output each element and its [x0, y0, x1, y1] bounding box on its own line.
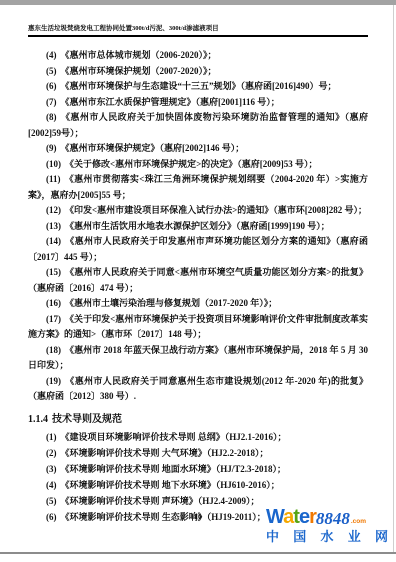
- list-item: (12)《印发<惠州市建设项目环保准入试行办法>的通知》（惠市环[2008]28…: [28, 203, 368, 219]
- watermark-dotcom: .com: [351, 519, 366, 528]
- list-item-text: 《惠州市环境保护与生态建设“十三五”规划》（惠府函[2016]490）号；: [61, 81, 337, 91]
- list-item-text: 《惠州市人民政府关于加快固体废物污染环境防治监督管理的通知》（惠府[2002]5…: [28, 112, 368, 138]
- page-right-edge: [393, 5, 394, 552]
- list-item-number: (18): [46, 345, 61, 355]
- list-item-text: 《惠州市人民政府关于印发惠州市声环境功能区划分方案的通知》（惠府函〔2017〕4…: [28, 236, 368, 262]
- watermark-number: 8848: [316, 510, 350, 527]
- list-item-number: (3): [46, 464, 57, 474]
- watermark-water-letters: Water: [266, 507, 316, 527]
- list-item-text: 《惠州市土壤污染治理与修复规划（2017-2020 年）》；: [65, 298, 277, 308]
- list-item: (6)《惠州市环境保护与生态建设“十三五”规划》（惠府函[2016]490）号；: [28, 79, 368, 95]
- list-item: (16)《惠州市土壤污染治理与修复规划（2017-2020 年）》；: [28, 296, 368, 312]
- watermark-letter: e: [299, 506, 309, 528]
- list-item: (1)《建设项目环境影响评价技术导则 总纲》（HJ2.1-2016）；: [28, 429, 368, 445]
- section-heading: 1.1.4技术导则及规范: [28, 412, 368, 427]
- list-item-text: 《环境影响评价技术导则 地下水环境》（HJ610-2016）；: [61, 480, 280, 490]
- list-item-text: 《惠州市环境保护规划（2007-2020）》；: [61, 66, 217, 76]
- list-item-number: (14): [46, 236, 61, 246]
- list-item-number: (17): [46, 314, 61, 324]
- list-item-text: 《惠州市生活饮用水地表水源保护区划分》（惠府函[1999]190 号）；: [65, 221, 330, 231]
- watermark-chinese-char: 国: [293, 530, 306, 543]
- list-item-text: 《惠州市 2018 年蓝天保卫战行动方案》（惠州市环境保护局，2018 年 5 …: [28, 345, 368, 371]
- list-item-text: 《关于修改<惠州市环境保护规定>的决定》（惠府[2009]53 号）；: [65, 159, 318, 169]
- list-item-number: (8): [46, 112, 57, 122]
- list-item-number: (12): [46, 205, 61, 215]
- watermark-letter: a: [283, 506, 293, 528]
- list-item-number: (7): [46, 97, 57, 107]
- list-item: (3)《环境影响评价技术导则 地面水环境》（HJ/T2.3-2018）；: [28, 461, 368, 477]
- watermark-letter: r: [309, 506, 316, 528]
- list-item-number: (16): [46, 298, 61, 308]
- list-item-number: (5): [46, 66, 57, 76]
- list-item-text: 《惠州市人民政府关于同意<惠州市环境空气质量功能区划分方案>的批复》（惠府函〔2…: [28, 267, 368, 293]
- list-item-number: (13): [46, 221, 61, 231]
- watermark-chinese-char: 网: [375, 530, 388, 543]
- list-item: (8)《惠州市人民政府关于加快固体废物污染环境防治监督管理的通知》（惠府[200…: [28, 110, 368, 141]
- list-item: (10)《关于修改<惠州市环境保护规定>的决定》（惠府[2009]53 号）；: [28, 157, 368, 173]
- list-item: (7)《惠州市东江水质保护管理规定》（惠府[2001]116 号）；: [28, 95, 368, 111]
- list-item-text: 《环境影响评价技术导则 声环境》（HJ2.4-2009）；: [61, 496, 260, 506]
- list-item-number: (6): [46, 81, 57, 91]
- section-number: 1.1.4: [28, 414, 48, 425]
- list-item: (14)《惠州市人民政府关于印发惠州市声环境功能区划分方案的通知》（惠府函〔20…: [28, 234, 368, 265]
- list-item-number: (10): [46, 159, 61, 169]
- list-item: (4)《环境影响评价技术导则 地下水环境》（HJ610-2016）；: [28, 477, 368, 493]
- document-body: (4)《惠州市总体城市规划（2006-2020）》；(5)《惠州市环境保护规划（…: [28, 37, 368, 525]
- list-item: (17)《关于印发<惠州市环境保护关于投资项目环境影响评价文件审批制度改革实施方…: [28, 312, 368, 343]
- list-item: (13)《惠州市生活饮用水地表水源保护区划分》（惠府函[1999]190 号）；: [28, 219, 368, 235]
- list-item-text: 《惠州市总体城市规划（2006-2020）》；: [61, 50, 217, 60]
- list-item-number: (19): [46, 376, 61, 386]
- list-item-text: 《关于印发<惠州市环境保护关于投资项目环境影响评价文件审批制度改革实施方案》的通…: [28, 314, 368, 340]
- list-item-text: 《惠州市东江水质保护管理规定》（惠府[2001]116 号）；: [61, 97, 280, 107]
- watermark-wordmark: Water8848.com: [266, 507, 388, 527]
- list-item-number: (11): [46, 174, 61, 184]
- list-item: (5)《惠州市环境保护规划（2007-2020）》；: [28, 64, 368, 80]
- list-item-number: (4): [46, 50, 57, 60]
- watermark-chinese-char: 中: [266, 530, 279, 543]
- list-item-number: (2): [46, 448, 57, 458]
- list-item-number: (9): [46, 143, 57, 153]
- list-item-text: 《印发<惠州市建设项目环保准入试行办法>的通知》（惠市环[2008]282 号）…: [65, 205, 367, 215]
- section-title: 技术导则及规范: [52, 414, 122, 425]
- list-item: (11)《惠州市贯彻落实<珠江三角洲环境保护规划纲要（2004-2020 年）>…: [28, 172, 368, 203]
- list-item-text: 《环境影响评价技术导则 地面水环境》（HJ/T2.3-2018）；: [61, 464, 287, 474]
- watermark-chinese-char: 水: [320, 530, 333, 543]
- list-item-text: 《惠州市贯彻落实<珠江三角洲环境保护规划纲要（2004-2020 年）>实施方案…: [28, 174, 368, 200]
- list-item: (19)《惠州市人民政府关于同意惠州生态市建设规划(2012 年-2020 年)…: [28, 374, 368, 405]
- list-item: (2)《环境影响评价技术导则 大气环境》（HJ2.2-2018）；: [28, 445, 368, 461]
- list-item-text: 《环境影响评价技术导则 大气环境》（HJ2.2-2018）；: [61, 448, 269, 458]
- list-item-text: 《惠州市人民政府关于同意惠州生态市建设规划(2012 年-2020 年)的批复》…: [28, 376, 368, 402]
- list-item-number: (1): [46, 432, 57, 442]
- document-running-header: 惠东生活垃圾焚烧发电工程协同处置300t/d污泥、300t/d渗滤液项目: [28, 23, 368, 37]
- list-item-number: (15): [46, 267, 61, 277]
- regulations-list: (4)《惠州市总体城市规划（2006-2020）》；(5)《惠州市环境保护规划（…: [28, 37, 368, 405]
- watermark-letter: W: [266, 506, 283, 528]
- watermark-chinese-name: 中国水业网: [266, 530, 388, 543]
- page-bottom-edge: [0, 552, 396, 554]
- water8848-watermark-logo: Water8848.com 中国水业网: [266, 507, 388, 543]
- list-item: (15)《惠州市人民政府关于同意<惠州市环境空气质量功能区划分方案>的批复》（惠…: [28, 265, 368, 296]
- list-item-number: (5): [46, 496, 57, 506]
- list-item: (9)《惠州市环境保护规定》（惠府[2002]146 号）；: [28, 141, 368, 157]
- page-top-edge: [0, 0, 396, 5]
- list-item-text: 《建设项目环境影响评价技术导则 总纲》（HJ2.1-2016）；: [61, 432, 287, 442]
- list-item-text: 《惠州市环境保护规定》（惠府[2002]146 号）；: [61, 143, 245, 153]
- list-item-number: (4): [46, 480, 57, 490]
- watermark-chinese-char: 业: [348, 530, 361, 543]
- list-item: (4)《惠州市总体城市规划（2006-2020）》；: [28, 48, 368, 64]
- list-item: (18)《惠州市 2018 年蓝天保卫战行动方案》（惠州市环境保护局，2018 …: [28, 343, 368, 374]
